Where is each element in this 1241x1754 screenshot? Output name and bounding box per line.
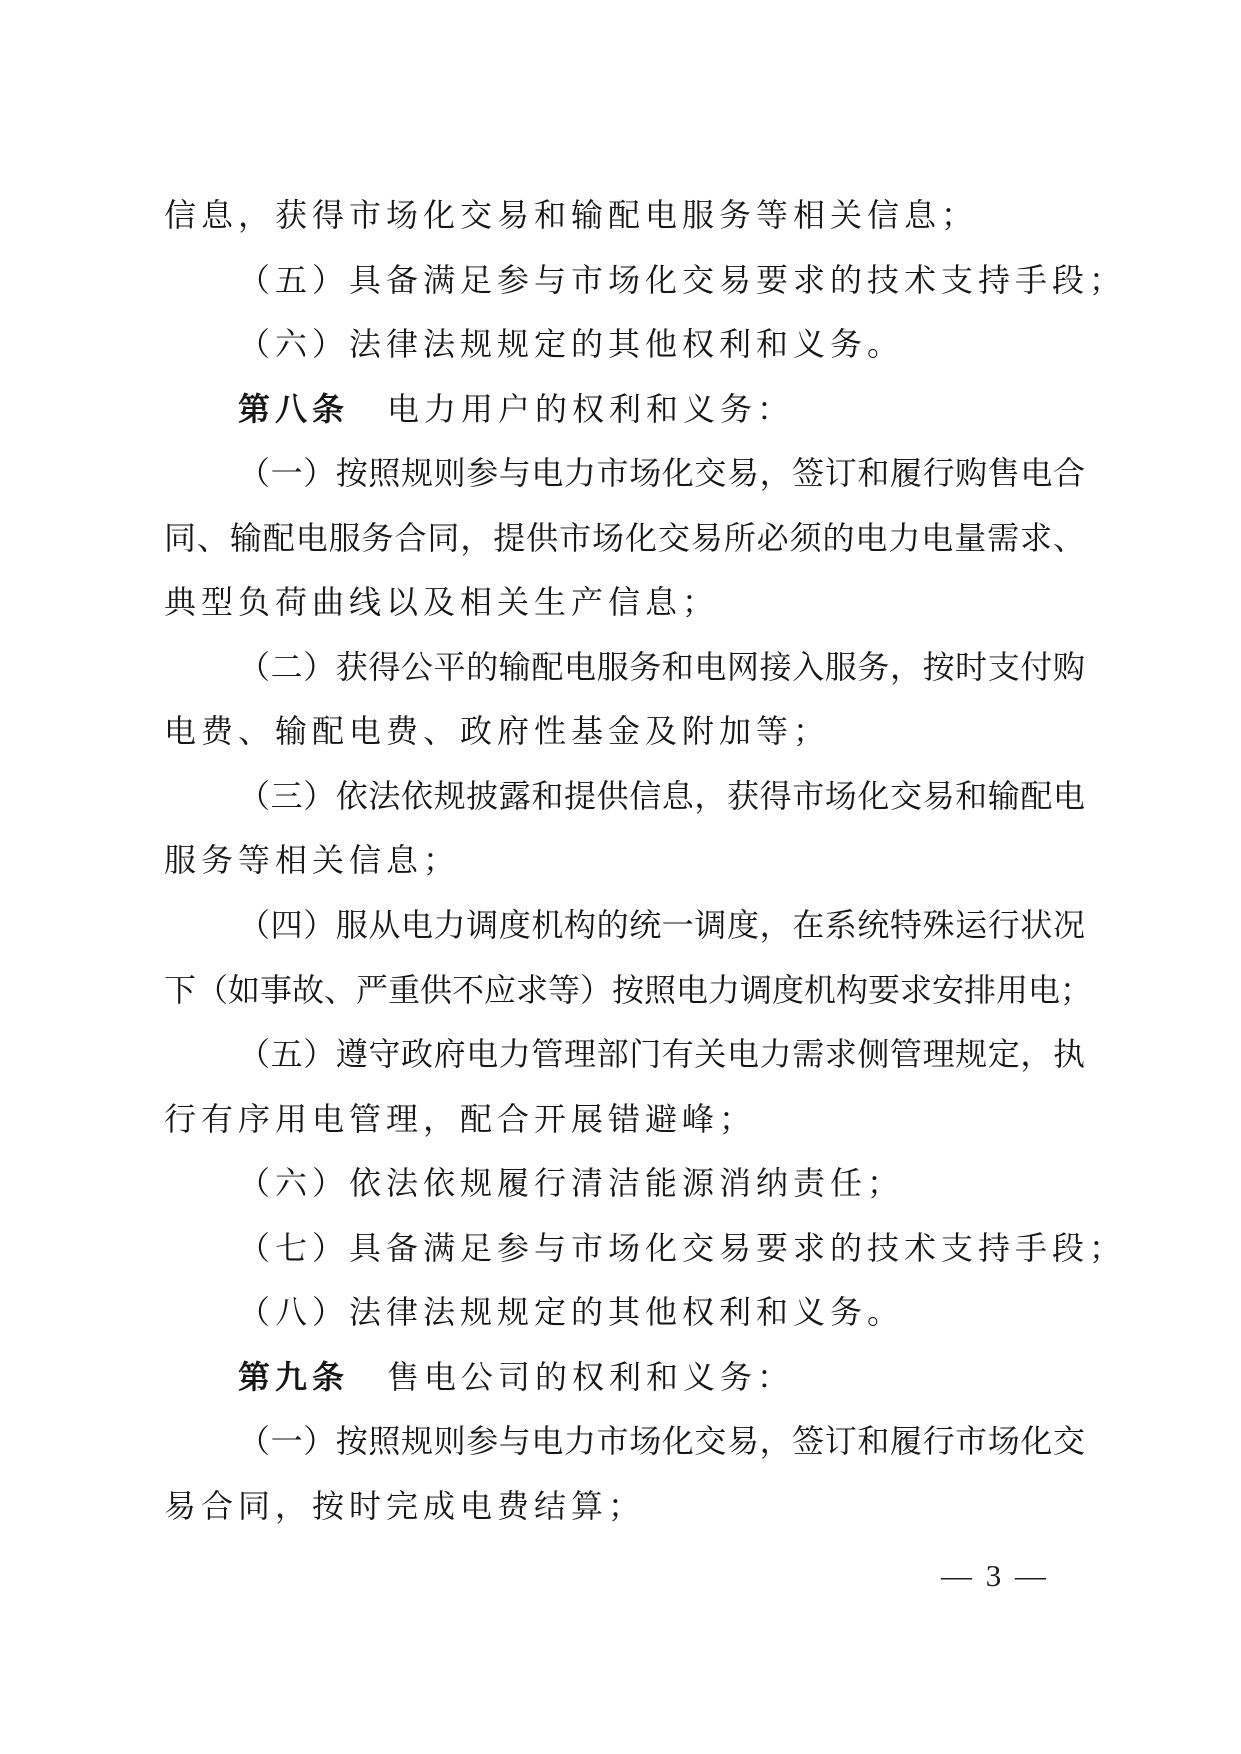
paragraph-continuation-line: 信息，获得市场化交易和输配电服务等相关信息； bbox=[164, 183, 1085, 248]
article-8-item-1-line-1: （一）按照规则参与电力市场化交易，签订和履行购售电合 bbox=[164, 441, 1085, 506]
article-8-title: 电力用户的权利和义务： bbox=[387, 391, 794, 427]
article-8-item-1-line-2: 同、输配电服务合同，提供市场化交易所必须的电力电量需求、 bbox=[164, 506, 1085, 571]
page-number: — 3 — bbox=[941, 1556, 1049, 1596]
article-8-item-3-line-1: （三）依法依规披露和提供信息，获得市场化交易和输配电 bbox=[164, 764, 1085, 829]
article-8-item-7: （七）具备满足参与市场化交易要求的技术支持手段； bbox=[164, 1216, 1085, 1281]
article-8-heading: 第八条电力用户的权利和义务： bbox=[164, 377, 1085, 442]
article-8-item-3-line-2: 服务等相关信息； bbox=[164, 828, 1085, 893]
article-8-item-5-line-2: 行有序用电管理，配合开展错避峰； bbox=[164, 1087, 1085, 1152]
document-page: 信息，获得市场化交易和输配电服务等相关信息； （五）具备满足参与市场化交易要求的… bbox=[0, 0, 1241, 1754]
article-9-number: 第九条 bbox=[238, 1359, 349, 1395]
document-body: 信息，获得市场化交易和输配电服务等相关信息； （五）具备满足参与市场化交易要求的… bbox=[164, 183, 1085, 1538]
article-8-item-8: （八）法律法规规定的其他权利和义务。 bbox=[164, 1280, 1085, 1345]
article-8-item-5-line-1: （五）遵守政府电力管理部门有关电力需求侧管理规定，执 bbox=[164, 1022, 1085, 1087]
article-8-item-2-line-2: 电费、输配电费、政府性基金及附加等； bbox=[164, 699, 1085, 764]
article-8-item-2-line-1: （二）获得公平的输配电服务和电网接入服务，按时支付购 bbox=[164, 635, 1085, 700]
article-9-item-1-line-2: 易合同，按时完成电费结算； bbox=[164, 1474, 1085, 1539]
article-9-title: 售电公司的权利和义务： bbox=[387, 1359, 794, 1395]
article-8-item-4-line-2: 下（如事故、严重供不应求等）按照电力调度机构要求安排用电； bbox=[164, 958, 1085, 1023]
article-8-item-4-line-1: （四）服从电力调度机构的统一调度，在系统特殊运行状况 bbox=[164, 893, 1085, 958]
article-9-heading: 第九条售电公司的权利和义务： bbox=[164, 1345, 1085, 1410]
article-9-item-1-line-1: （一）按照规则参与电力市场化交易，签订和履行市场化交 bbox=[164, 1409, 1085, 1474]
clause-item-5: （五）具备满足参与市场化交易要求的技术支持手段； bbox=[164, 248, 1085, 313]
article-8-number: 第八条 bbox=[238, 391, 349, 427]
clause-item-6: （六）法律法规规定的其他权利和义务。 bbox=[164, 312, 1085, 377]
article-8-item-1-line-3: 典型负荷曲线以及相关生产信息； bbox=[164, 570, 1085, 635]
article-8-item-6: （六）依法依规履行清洁能源消纳责任； bbox=[164, 1151, 1085, 1216]
